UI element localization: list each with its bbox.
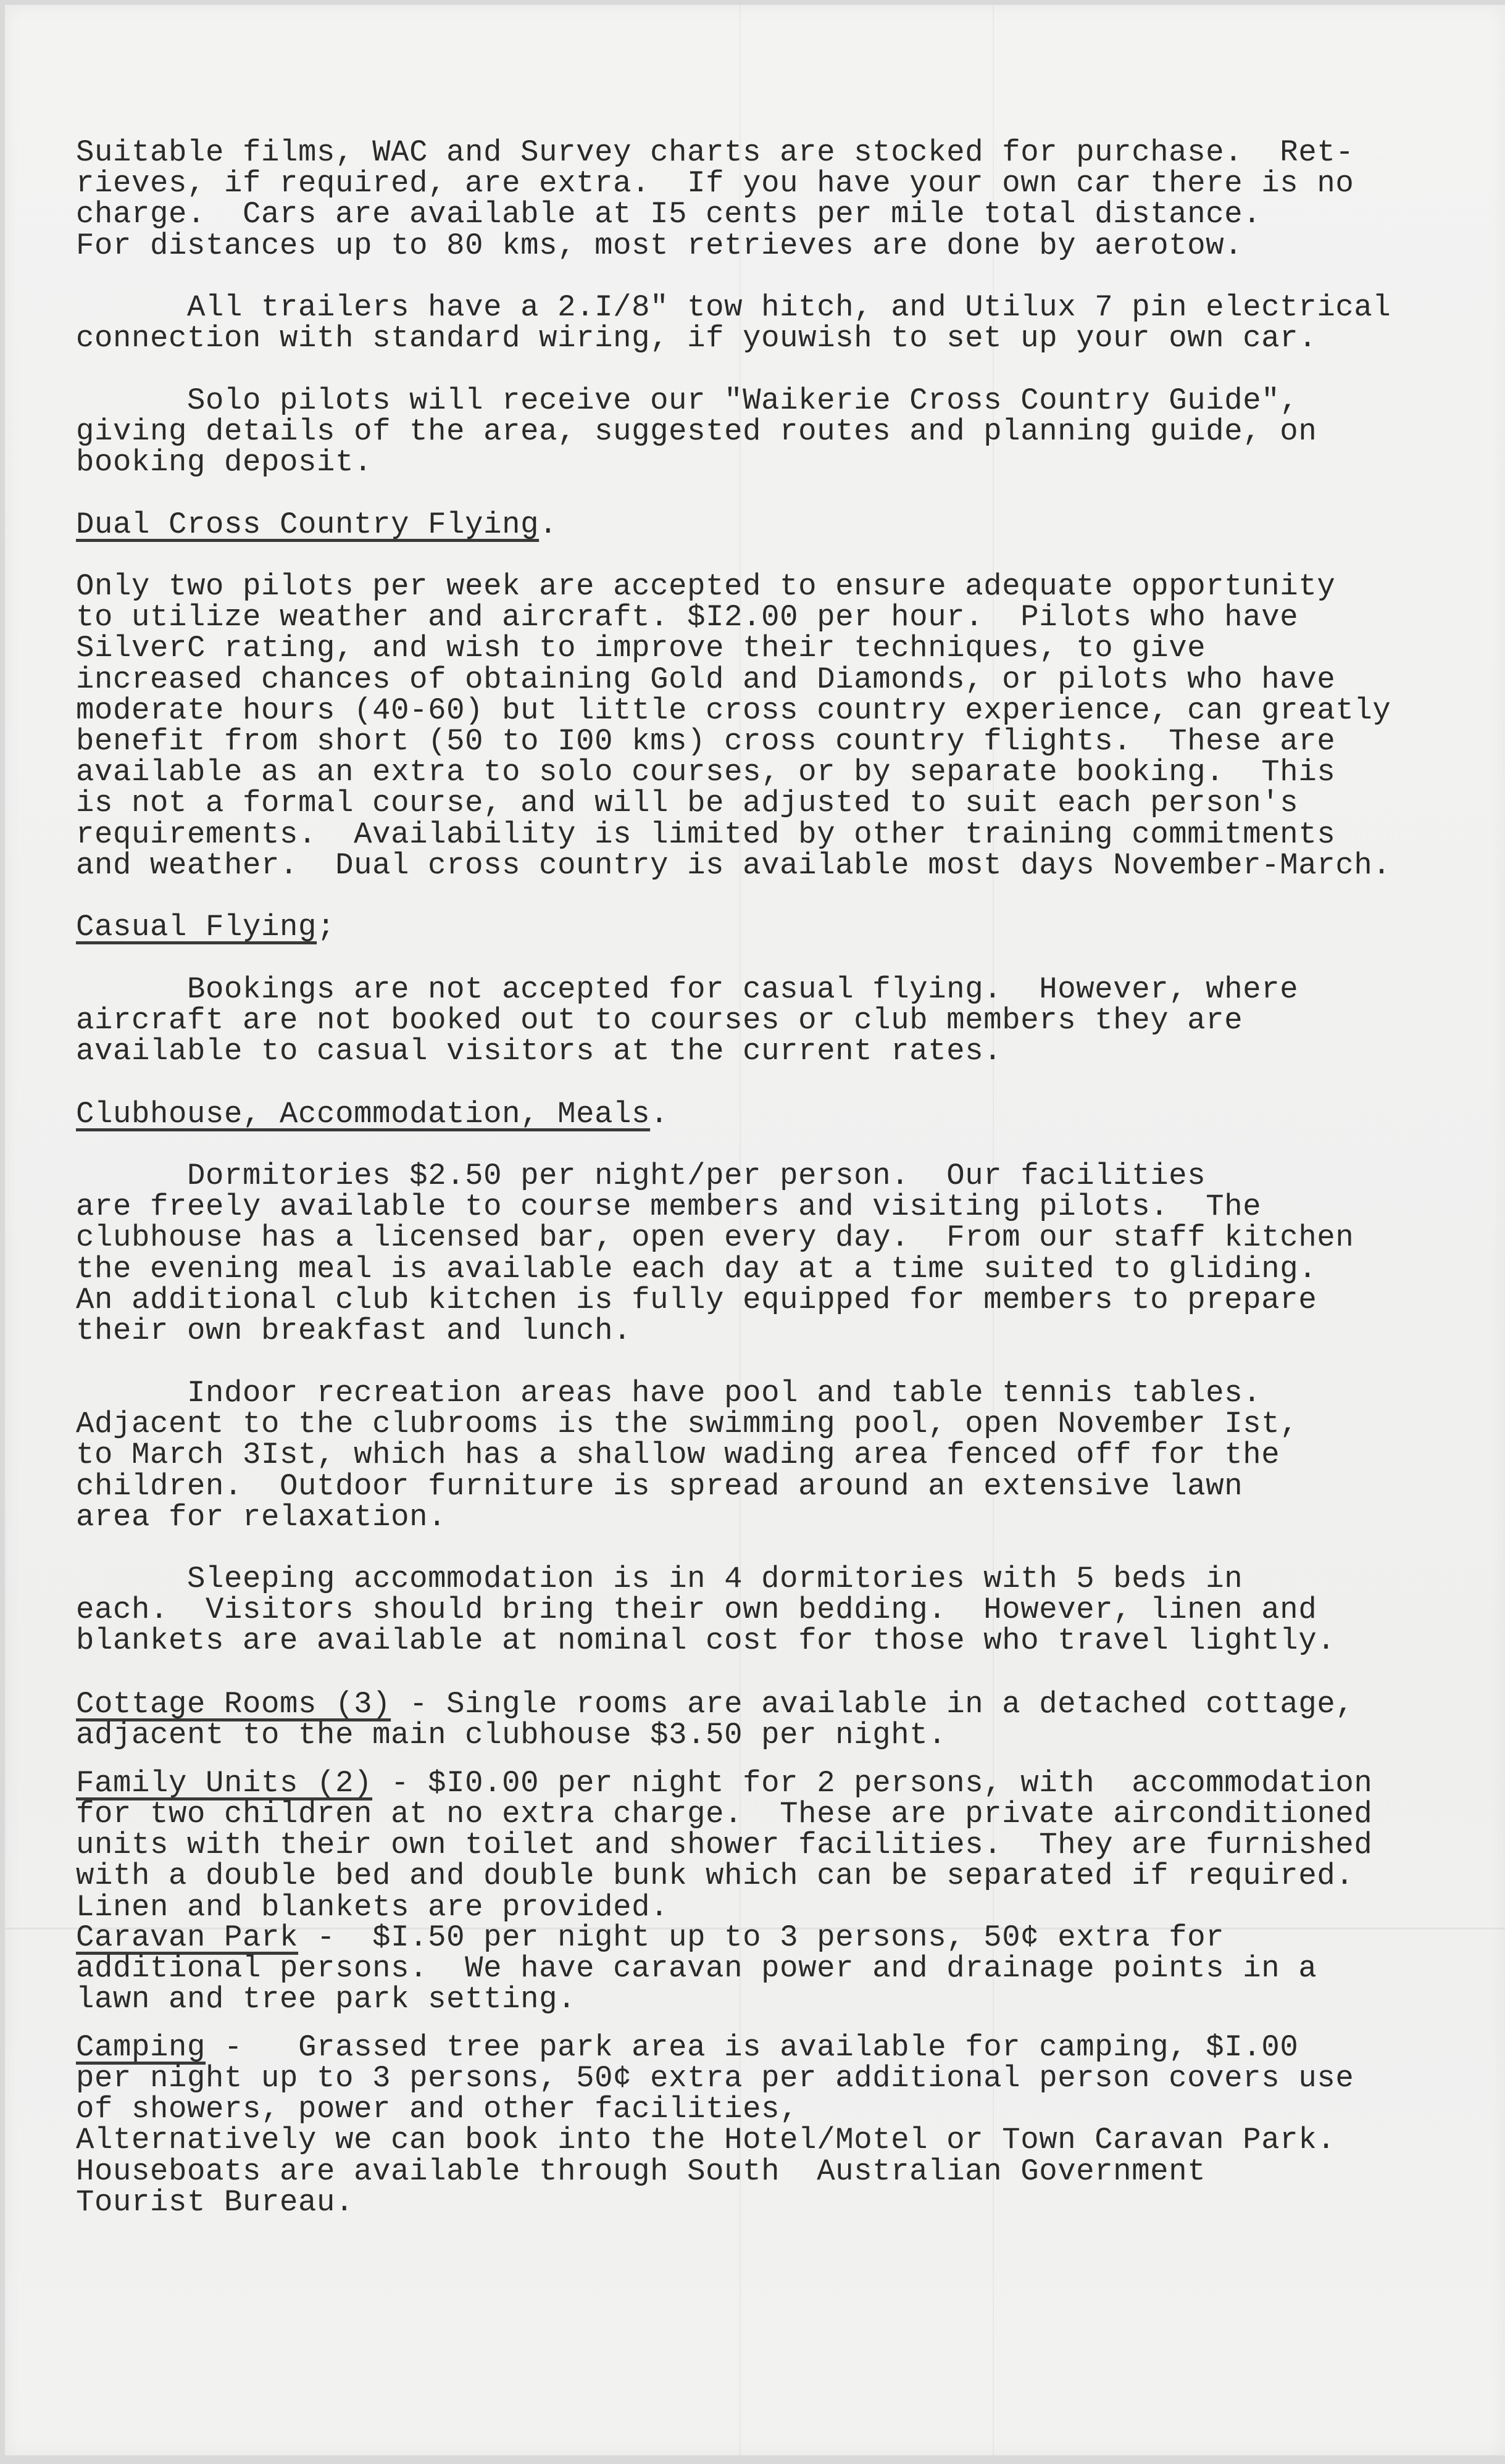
heading-suffix: - Grassed tree park area is available fo… bbox=[206, 2030, 1298, 2065]
text-line: available to casual visitors at the curr… bbox=[76, 1036, 1002, 1067]
section-heading: Camping - Grassed tree park area is avai… bbox=[76, 2032, 1298, 2063]
heading-suffix: - $I.50 per night up to 3 persons, 50¢ e… bbox=[298, 1920, 1224, 1955]
text-line: to utilize weather and aircraft. $I2.00 … bbox=[76, 602, 1298, 633]
text-line: units with their own toilet and shower f… bbox=[76, 1829, 1372, 1860]
text-line: For distances up to 80 kms, most retriev… bbox=[76, 230, 1243, 261]
heading-suffix: . bbox=[650, 1097, 669, 1131]
text-line: with a double bed and double bunk which … bbox=[76, 1860, 1354, 1891]
text-line: SilverC rating, and wish to improve thei… bbox=[76, 633, 1206, 664]
section-heading: Dual Cross Country Flying. bbox=[76, 509, 557, 540]
section-heading: Clubhouse, Accommodation, Meals. bbox=[76, 1099, 669, 1130]
text-line: rieves, if required, are extra. If you h… bbox=[76, 168, 1354, 199]
section-heading: Casual Flying; bbox=[76, 912, 335, 943]
text-line: Dormitories $2.50 per night/per person. … bbox=[76, 1160, 1206, 1191]
text-line: the evening meal is available each day a… bbox=[76, 1254, 1317, 1284]
text-line: each. Visitors should bring their own be… bbox=[76, 1594, 1317, 1625]
text-line: blankets are available at nominal cost f… bbox=[76, 1625, 1335, 1656]
text-line: An additional club kitchen is fully equi… bbox=[76, 1284, 1317, 1315]
text-line: lawn and tree park setting. bbox=[76, 1984, 576, 2015]
text-line: is not a formal course, and will be adju… bbox=[76, 788, 1298, 818]
heading-text: Clubhouse, Accommodation, Meals bbox=[76, 1097, 650, 1131]
text-line: clubhouse has a licensed bar, open every… bbox=[76, 1222, 1354, 1253]
heading-suffix: . bbox=[539, 507, 557, 542]
section-heading: Caravan Park - $I.50 per night up to 3 p… bbox=[76, 1922, 1224, 1953]
text-line: charge. Cars are available at I5 cents p… bbox=[76, 199, 1261, 230]
text-line: moderate hours (40-60) but little cross … bbox=[76, 695, 1391, 726]
text-line: Indoor recreation areas have pool and ta… bbox=[76, 1378, 1261, 1409]
text-line: Sleeping accommodation is in 4 dormitori… bbox=[76, 1563, 1243, 1594]
text-line: children. Outdoor furniture is spread ar… bbox=[76, 1471, 1243, 1502]
text-line: All trailers have a 2.I/8" tow hitch, an… bbox=[76, 292, 1391, 323]
heading-text: Camping bbox=[76, 2030, 206, 2065]
text-line: their own breakfast and lunch. bbox=[76, 1315, 632, 1346]
heading-text: Caravan Park bbox=[76, 1920, 298, 1955]
text-line: available as an extra to solo courses, o… bbox=[76, 757, 1335, 788]
text-line: area for relaxation. bbox=[76, 1502, 446, 1533]
heading-suffix: ; bbox=[317, 910, 335, 944]
text-line: for two children at no extra charge. The… bbox=[76, 1799, 1372, 1829]
text-line: Linen and blankets are provided. bbox=[76, 1892, 669, 1923]
text-line: per night up to 3 persons, 50¢ extra per… bbox=[76, 2063, 1354, 2094]
text-line: Solo pilots will receive our "Waikerie C… bbox=[76, 385, 1298, 416]
text-line: connection with standard wiring, if youw… bbox=[76, 323, 1317, 354]
heading-text: Cottage Rooms (3) bbox=[76, 1687, 391, 1721]
heading-suffix: - Single rooms are available in a detach… bbox=[391, 1687, 1354, 1721]
text-line: to March 3Ist, which has a shallow wadin… bbox=[76, 1439, 1280, 1470]
text-line: Houseboats are available through South A… bbox=[76, 2156, 1206, 2187]
text-line: booking deposit. bbox=[76, 447, 372, 478]
text-line: Adjacent to the clubrooms is the swimmin… bbox=[76, 1409, 1298, 1439]
heading-text: Family Units (2) bbox=[76, 1766, 372, 1800]
text-line: adjacent to the main clubhouse $3.50 per… bbox=[76, 1720, 946, 1750]
text-line: Bookings are not accepted for casual fly… bbox=[76, 974, 1298, 1005]
heading-suffix: - $I0.00 per night for 2 persons, with a… bbox=[372, 1766, 1372, 1800]
text-line: giving details of the area, suggested ro… bbox=[76, 416, 1317, 447]
text-line: are freely available to course members a… bbox=[76, 1191, 1261, 1222]
text-line: and weather. Dual cross country is avail… bbox=[76, 850, 1391, 881]
heading-text: Casual Flying bbox=[76, 910, 317, 944]
text-line: Alternatively we can book into the Hotel… bbox=[76, 2125, 1335, 2155]
text-line: requirements. Availability is limited by… bbox=[76, 819, 1335, 850]
section-heading: Cottage Rooms (3) - Single rooms are ava… bbox=[76, 1689, 1354, 1720]
text-line: Tourist Bureau. bbox=[76, 2187, 354, 2218]
text-line: additional persons. We have caravan powe… bbox=[76, 1953, 1317, 1984]
text-line: increased chances of obtaining Gold and … bbox=[76, 664, 1335, 695]
text-line: of showers, power and other facilities, bbox=[76, 2094, 798, 2125]
heading-text: Dual Cross Country Flying bbox=[76, 507, 539, 542]
section-heading: Family Units (2) - $I0.00 per night for … bbox=[76, 1768, 1372, 1799]
text-line: Only two pilots per week are accepted to… bbox=[76, 571, 1335, 602]
text-line: aircraft are not booked out to courses o… bbox=[76, 1005, 1243, 1036]
text-line: benefit from short (50 to I00 kms) cross… bbox=[76, 726, 1335, 757]
text-line: Suitable films, WAC and Survey charts ar… bbox=[76, 137, 1354, 168]
